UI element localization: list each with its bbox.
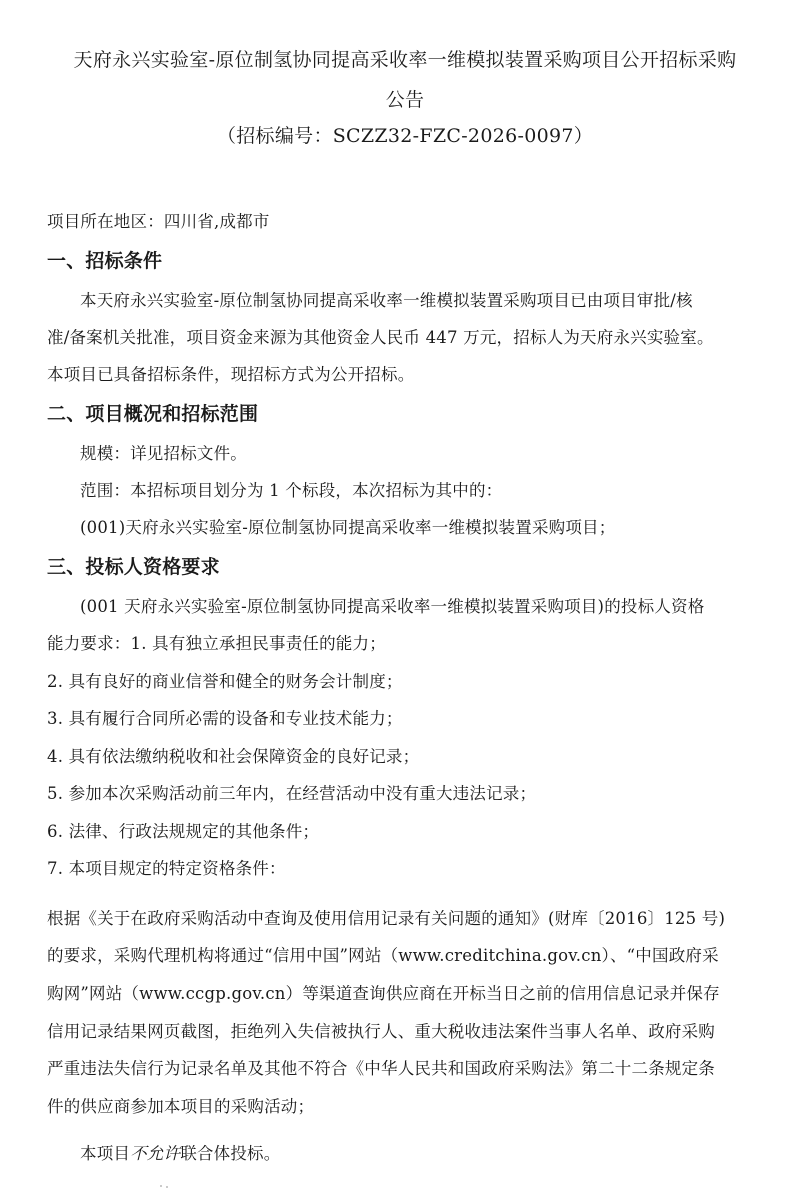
paragraph-line: 准/备案机关批准，项目资金来源为其他资金人民币 447 万元，招标人为天府永兴实…	[47, 324, 714, 348]
document-title-line1: 天府永兴实验室-原位制氢协同提高采收率一维模拟装置采购项目公开招标采购	[0, 45, 810, 72]
consortium-statement: 本项目不允许联合体投标。	[80, 1140, 280, 1164]
requirement-item: 7. 本项目规定的特定资格条件：	[47, 855, 286, 879]
consortium-prefix: 本项目	[80, 1144, 130, 1163]
paragraph-line: 严重违法失信行为记录名单及其他不符合《中华人民共和国政府采购法》第二十二条规定条	[47, 1055, 715, 1079]
requirement-item: 2. 具有良好的商业信誉和健全的财务会计制度；	[47, 668, 403, 692]
section-heading-2: 二、项目概况和招标范围	[47, 399, 258, 426]
paragraph-line: 本项目已具备招标条件，现招标方式为公开招标。	[47, 361, 414, 385]
paragraph-line: 的要求，采购代理机构将通过“信用中国”网站（www.creditchina.go…	[47, 942, 719, 966]
project-region: 项目所在地区：四川省,成都市	[47, 208, 270, 232]
document-title-line2: 公告	[0, 85, 810, 112]
paragraph-line: 购网”网站（www.ccgp.gov.cn）等渠道查询供应商在开标当日之前的信用…	[47, 980, 720, 1004]
consortium-emphasis: 不允许	[130, 1144, 180, 1163]
tender-number: （招标编号：SCZZ32-FZC-2026-0097）	[0, 121, 810, 148]
paragraph-line: 信用记录结果网页截图，拒绝列入失信被执行人、重大税收违法案件当事人名单、政府采购	[47, 1018, 715, 1042]
paragraph-line: 本天府永兴实验室-原位制氢协同提高采收率一维模拟装置采购项目已由项目审批/核	[80, 287, 693, 311]
paragraph-line: 范围：本招标项目划分为 1 个标段，本次招标为其中的：	[80, 477, 502, 501]
section-heading-1: 一、招标条件	[47, 246, 162, 273]
paragraph-line: 规模：详见招标文件。	[80, 440, 247, 464]
scan-speck	[160, 1185, 162, 1187]
requirement-item: 3. 具有履行合同所必需的设备和专业技术能力；	[47, 705, 403, 729]
paragraph-line: (001 天府永兴实验室-原位制氢协同提高采收率一维模拟装置采购项目)的投标人资…	[80, 593, 704, 617]
section-heading-3: 三、投标人资格要求	[47, 552, 220, 579]
paragraph-line: (001)天府永兴实验室-原位制氢协同提高采收率一维模拟装置采购项目；	[80, 514, 615, 538]
paragraph-line: 件的供应商参加本项目的采购活动；	[47, 1093, 314, 1117]
paragraph-line: 根据《关于在政府采购活动中查询及使用信用记录有关问题的通知》(财库〔2016〕1…	[47, 905, 725, 929]
requirement-item: 4. 具有依法缴纳税收和社会保障资金的良好记录；	[47, 743, 419, 767]
requirement-item: 能力要求：1. 具有独立承担民事责任的能力；	[47, 630, 386, 654]
requirement-item: 5. 参加本次采购活动前三年内，在经营活动中没有重大违法记录；	[47, 780, 536, 804]
scan-speck	[166, 1186, 168, 1188]
consortium-suffix: 联合体投标。	[180, 1144, 280, 1163]
requirement-item: 6. 法律、行政法规规定的其他条件；	[47, 818, 319, 842]
